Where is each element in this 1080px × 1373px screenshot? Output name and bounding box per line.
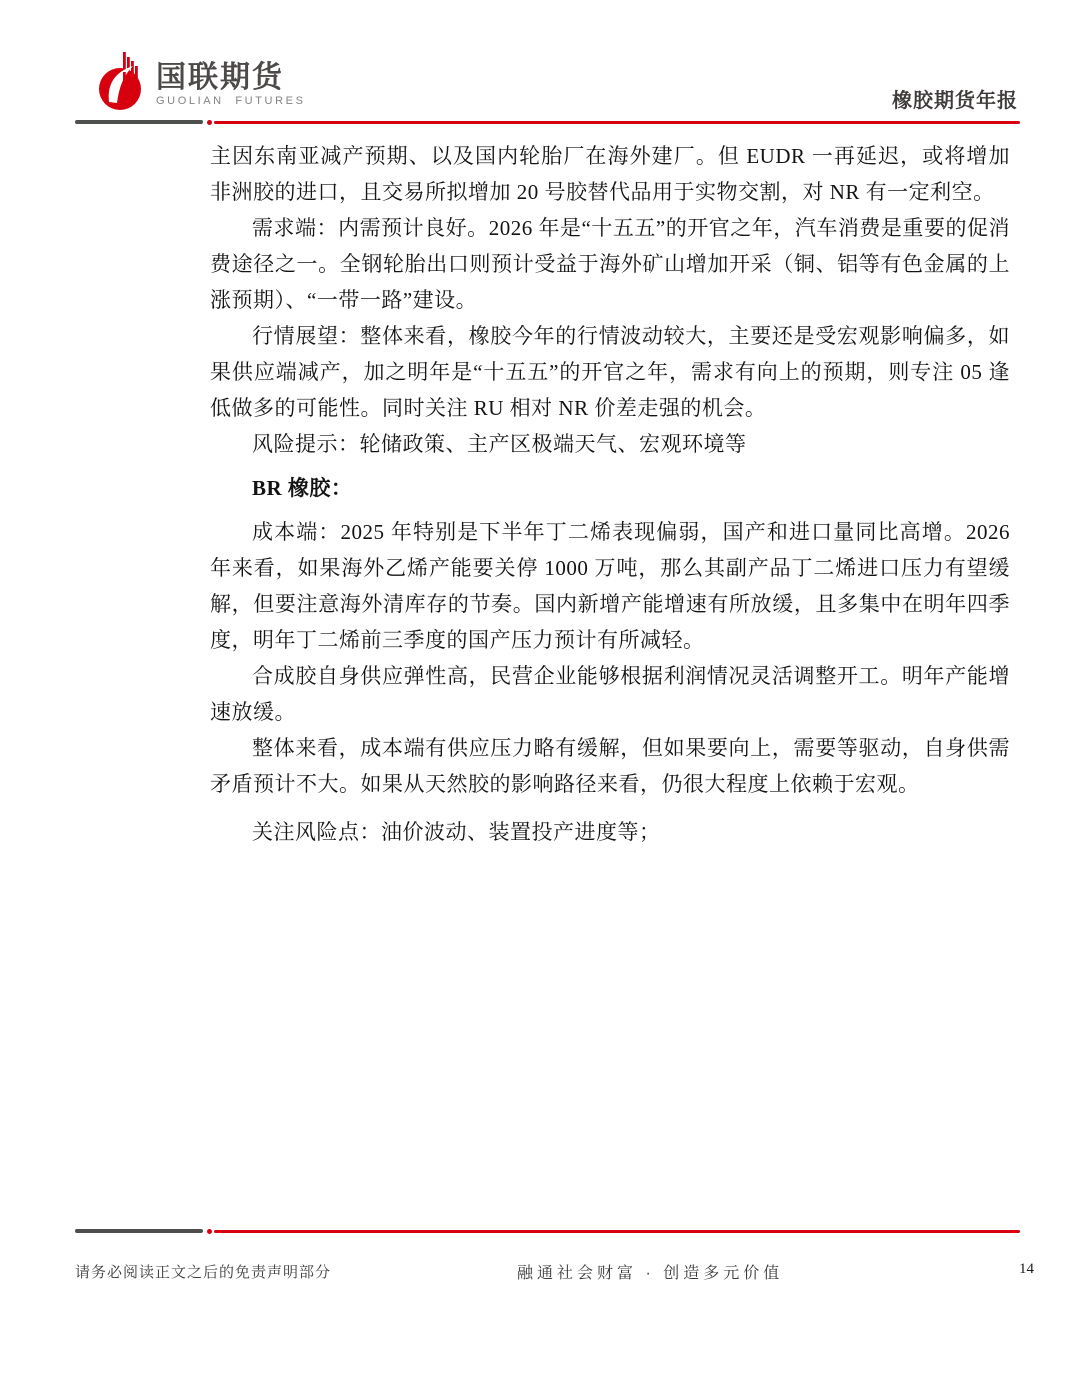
report-body: 主因东南亚减产预期、以及国内轮胎厂在海外建厂。但 EUDR 一再延迟，或将增加非… [210,138,1010,850]
footer-divider [75,1228,1020,1234]
footer-slogan: 融通社会财富 · 创造多元价值 [517,1260,783,1283]
page-number: 14 [1019,1261,1034,1278]
guolian-logo-icon [96,50,154,112]
paragraph-supply-continuation: 主因东南亚减产预期、以及国内轮胎厂在海外建厂。但 EUDR 一再延迟，或将增加非… [210,138,1010,210]
divider-red-dot [207,120,212,125]
paragraph-risk-points: 关注风险点：油价波动、装置投产进度等； [210,814,1010,850]
paragraph-overall-view: 整体来看，成本端有供应压力略有缓解，但如果要向上，需要等驱动，自身供需矛盾预计不… [210,730,1010,802]
divider-red-dot [207,1229,212,1234]
paragraph-synthetic-supply: 合成胶自身供应弹性高，民营企业能够根据利润情况灵活调整开工。明年产能增速放缓。 [210,658,1010,730]
company-logo: 国联期货 GUOLIAN FUTURES [156,62,376,107]
divider-red-segment [214,1230,1020,1234]
report-page: 国联期货 GUOLIAN FUTURES 橡胶期货年报 主因东南亚减产预期、以及… [0,0,1080,1373]
logo-company-name-en: GUOLIAN FUTURES [156,95,376,107]
logo-company-name: 国联期货 [156,62,376,94]
divider-dark-segment [75,120,203,124]
report-title: 橡胶期货年报 [892,84,1018,113]
paragraph-demand: 需求端：内需预计良好。2026 年是“十五五”的开官之年，汽车消费是重要的促消费… [210,210,1010,318]
divider-dark-segment [75,1229,203,1233]
paragraph-cost-side: 成本端：2025 年特别是下半年丁二烯表现偏弱，国产和进口量同比高增。2026 … [210,514,1010,658]
header-divider [75,119,1020,125]
paragraph-risk-note: 风险提示：轮储政策、主产区极端天气、宏观环境等 [210,426,1010,462]
heading-br-rubber: BR 橡胶： [210,470,1010,506]
paragraph-market-outlook: 行情展望：整体来看，橡胶今年的行情波动较大，主要还是受宏观影响偏多，如果供应端减… [210,318,1010,426]
footer-disclaimer: 请务必阅读正文之后的免责声明部分 [75,1261,331,1282]
divider-red-segment [214,121,1020,125]
